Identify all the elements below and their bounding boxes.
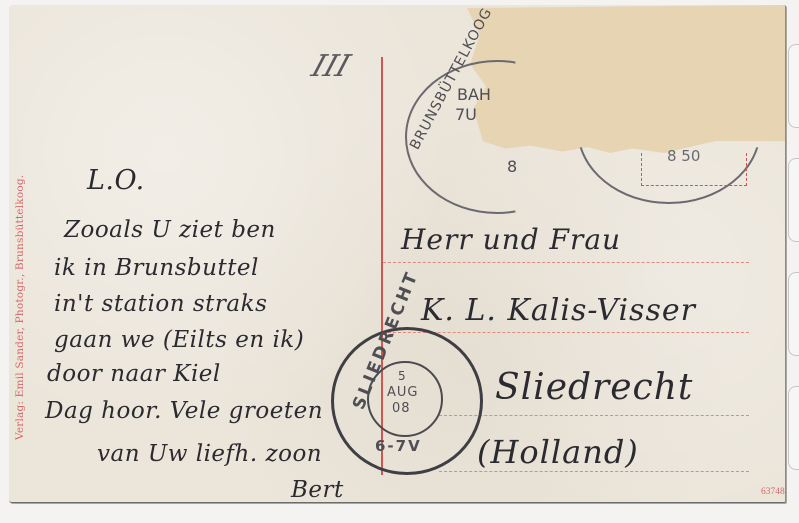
card-number: 63748 [761,487,785,497]
message-line: ik in Brunsbuttel [54,255,259,281]
scan-binder-edge [786,0,799,523]
postmark-arrival-day: 5 [398,369,406,383]
address-line-1 [383,262,749,263]
address-line-text: (Holland) [477,433,639,471]
message-line: Zooals U ziet ben [64,217,276,243]
binder-tab [788,386,799,470]
publisher-imprint: Verlag: Emil Sander, Photogr., Brunsbütt… [14,175,26,440]
address-line-4 [439,471,749,472]
address-line-text: Herr und Frau [401,223,621,256]
address-line-text: Sliedrecht [495,367,693,408]
message-line: gaan we (Eilts en ik) [54,327,304,353]
message-greeting: L.O. [87,165,145,196]
binder-tab [788,272,799,356]
message-line: door naar Kiel [47,361,221,387]
postmark-arrival-time: 6-7V [375,437,422,455]
message-line: in't station straks [54,291,267,317]
postmark-origin-sub: BAH [457,85,491,104]
postmark-origin-number: 8 [507,157,517,176]
message-signature: Bert [291,477,344,503]
address-line-text: K. L. Kalis-Visser [421,293,696,328]
postcard-back: BRUNSBÜTTELKOOG BAH 7U 8 8 50 III Verlag… [9,5,786,503]
binder-tab [788,44,799,128]
pencil-mark: III [307,49,354,84]
message-line: van Uw liefh. zoon [97,441,322,467]
postmark-arrival-month: AUG [387,385,418,400]
postmark-arrival-year: 08 [392,401,411,416]
stamp-area-box [641,153,747,186]
binder-tab [788,158,799,242]
message-line: Dag hoor. Vele groeten [45,398,323,424]
address-line-3 [439,415,749,416]
postmark-origin-time: 7U [455,105,477,124]
